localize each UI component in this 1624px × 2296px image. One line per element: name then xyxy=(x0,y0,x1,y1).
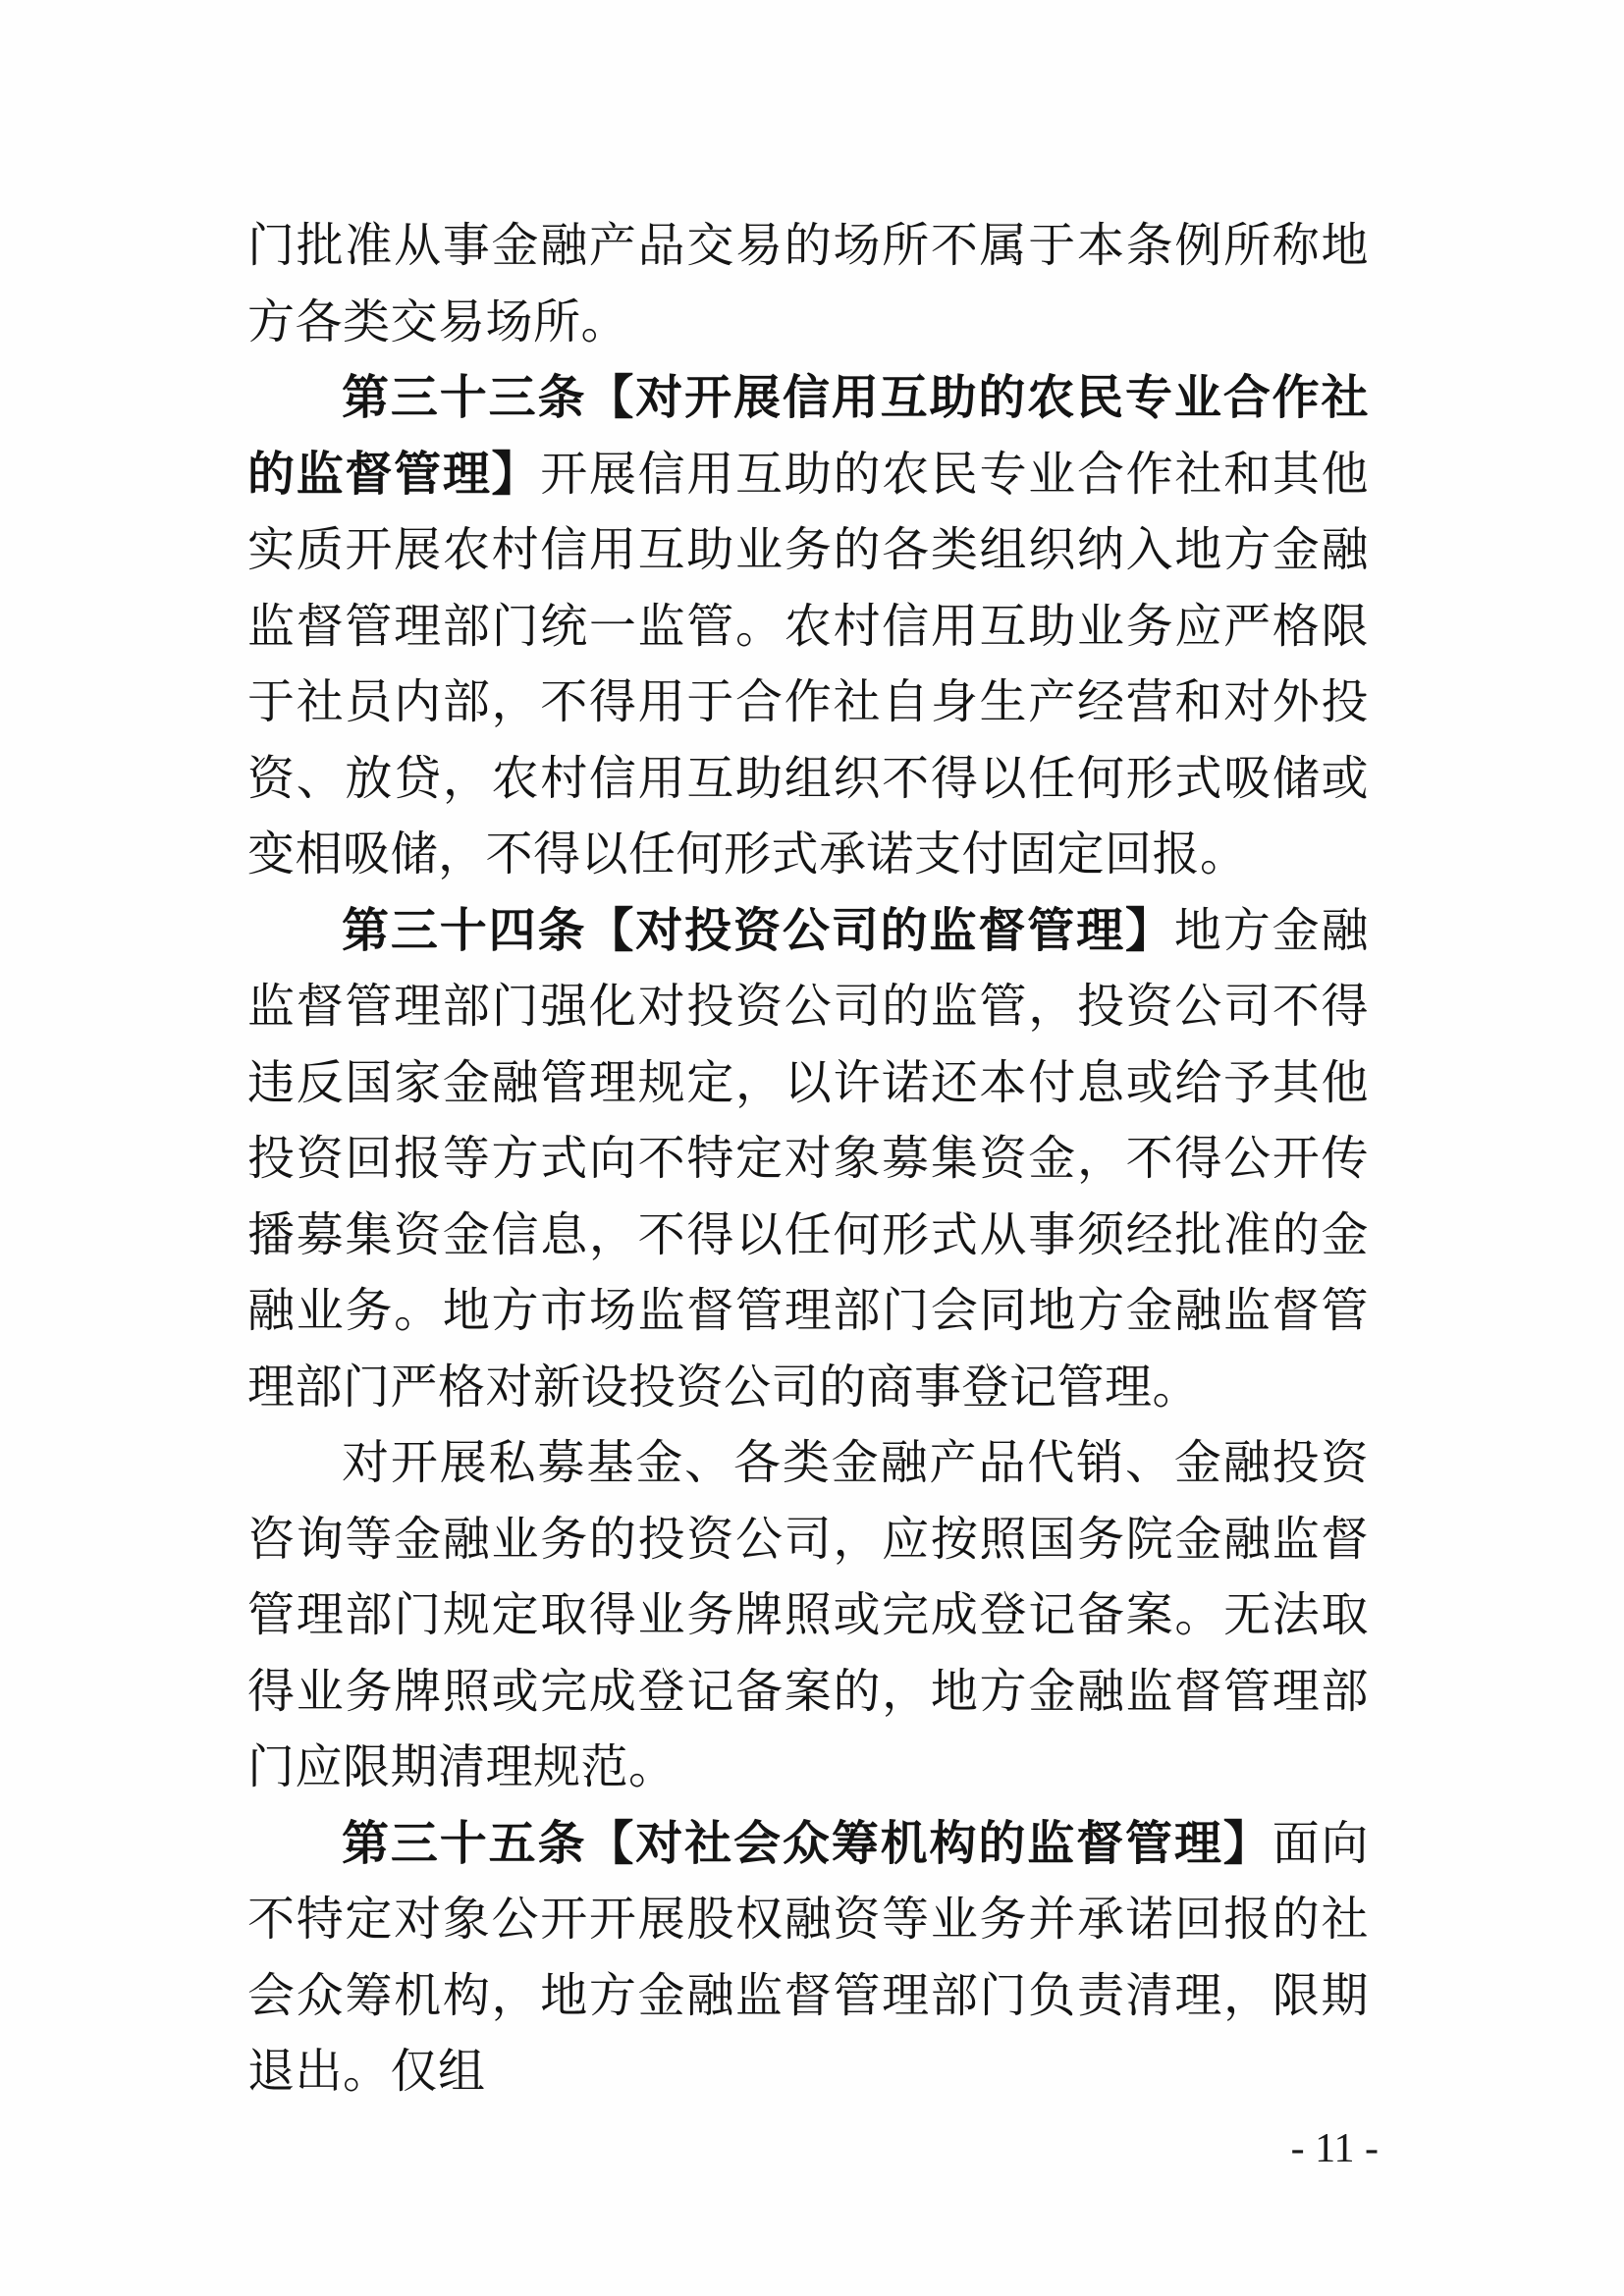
page-number: - 11 - xyxy=(1291,2126,1379,2171)
body-text: 地方金融监督管理部门强化对投资公司的监管，投资公司不得违反国家金融管理规定，以许… xyxy=(247,905,1369,1414)
article-heading: 第三十五条【对社会众筹机构的监督管理】 xyxy=(342,1818,1272,1870)
document-page: 门批准从事金融产品交易的场所不属于本条例所称地方各类交易场所。第三十三条【对开展… xyxy=(0,0,1624,2296)
paragraph: 第三十三条【对开展信用互助的农民专业合作社的监督管理】开展信用互助的农民专业合作… xyxy=(247,360,1369,893)
article-heading: 第三十四条【对投资公司的监督管理】 xyxy=(342,905,1174,957)
paragraph: 第三十五条【对社会众筹机构的监督管理】面向不特定对象公开开展股权融资等业务并承诺… xyxy=(247,1806,1369,2110)
document-body: 门批准从事金融产品交易的场所不属于本条例所称地方各类交易场所。第三十三条【对开展… xyxy=(247,208,1369,2110)
body-text: 门批准从事金融产品交易的场所不属于本条例所称地方各类交易场所。 xyxy=(247,220,1369,348)
paragraph: 门批准从事金融产品交易的场所不属于本条例所称地方各类交易场所。 xyxy=(247,208,1369,360)
page-footer: - 11 - xyxy=(0,2126,1379,2171)
paragraph: 对开展私募基金、各类金融产品代销、金融投资咨询等金融业务的投资公司，应按照国务院… xyxy=(247,1425,1369,1806)
body-text: 开展信用互助的农民专业合作社和其他实质开展农村信用互助业务的各类组织纳入地方金融… xyxy=(247,449,1369,881)
paragraph: 第三十四条【对投资公司的监督管理】地方金融监督管理部门强化对投资公司的监管，投资… xyxy=(247,893,1369,1426)
body-text: 对开展私募基金、各类金融产品代销、金融投资咨询等金融业务的投资公司，应按照国务院… xyxy=(247,1437,1369,1793)
